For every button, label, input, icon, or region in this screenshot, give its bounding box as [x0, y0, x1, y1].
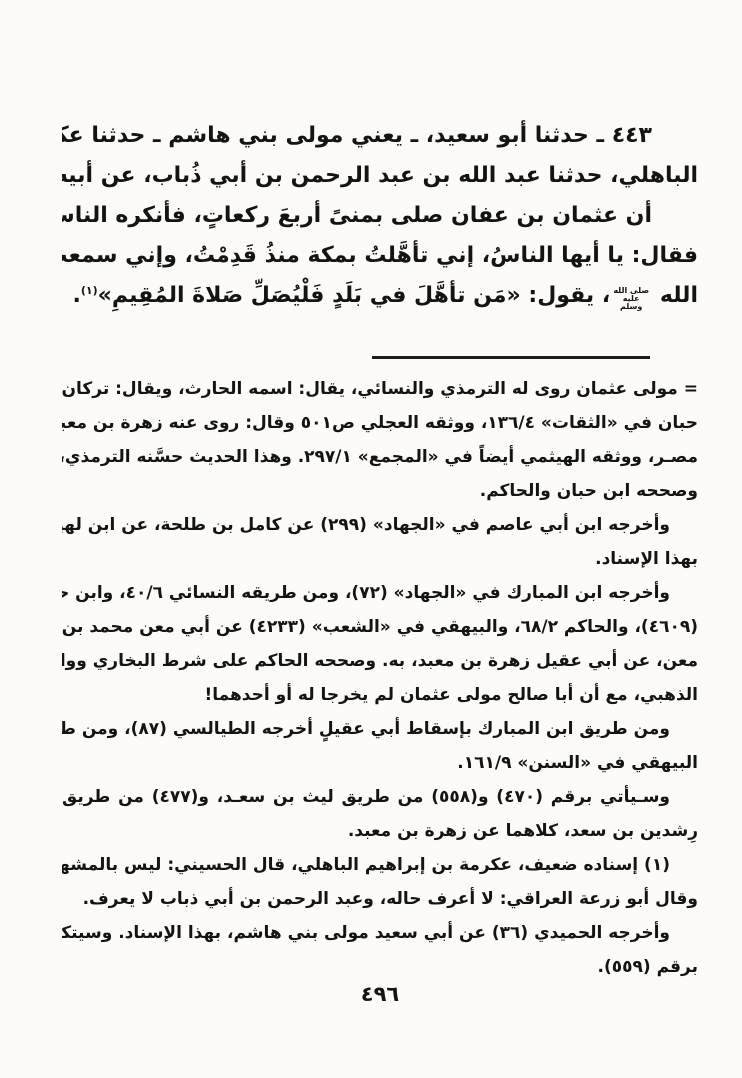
- footnote-line: = مولى عثمان روى له الترمذي والنسائي، يق…: [62, 372, 698, 406]
- footnotes-block: = مولى عثمان روى له الترمذي والنسائي، يق…: [62, 372, 698, 984]
- footnote-line: وقال أبو زرعة العراقي: لا أعرف حاله، وعب…: [62, 882, 698, 916]
- footnote-line: وسـيأتي برقم (٤٧٠) و(٥٥٨) من طريق ليث بن…: [62, 780, 698, 814]
- footnote-ref-marker: (١): [81, 284, 98, 297]
- footnote-line: وصححه ابن حبان والحاكم.: [62, 474, 698, 508]
- footnote-line: برقم (٥٥٩).: [62, 950, 698, 984]
- footnote-line: ومن طريق ابن المبارك بإسقاط أبي عقيلٍ أخ…: [62, 712, 698, 746]
- footnote-separator-rule: [372, 356, 650, 359]
- footnote-line: معن، عن أبي عقيل زهرة بن معبد، به. وصححه…: [62, 644, 698, 678]
- footnote-line: وأخرجه ابن أبي عاصم في «الجهاد» (٢٩٩) عن…: [62, 508, 698, 542]
- matn-text-after-honorific: ، يقول: «مَن تأهَّلَ في بَلَدٍ فَلْيُصَل…: [98, 283, 611, 308]
- footnote-line: مصـر، ووثقه الهيثمي أيضاً في «المجمع» ٢٩…: [62, 440, 698, 474]
- matn-line: فقال: يا أيها الناسُ، إني تأهَّلتُ بمكة …: [62, 236, 698, 276]
- matn-line-with-honorific: الله صلى الله عليه وسلم، يقول: «مَن تأهَ…: [62, 276, 698, 316]
- matn-line: الباهلي، حدثنا عبد الله بن عبد الرحمن بن…: [62, 156, 698, 196]
- honorific-salla-allahu-alayhi-wasallam: صلى الله عليه وسلم: [613, 287, 649, 311]
- footnote-line: حبان في «الثقات» ١٣٦/٤، ووثقه العجلي ص٥٠…: [62, 406, 698, 440]
- footnote-line: البيهقي في «السنن» ١٦١/٩.: [62, 746, 698, 780]
- matn-period: .: [73, 283, 81, 308]
- page-number: ٤٩٦: [62, 980, 698, 1008]
- footnote-line: بهذا الإسناد.: [62, 542, 698, 576]
- footnote-line: (٤٦٠٩)، والحاكم ٦٨/٢، والبيهقي في «الشعب…: [62, 610, 698, 644]
- footnote-line: وأخرجه الحميدي (٣٦) عن أبي سعيد مولى بني…: [62, 916, 698, 950]
- book-page: ٤٤٣ ـ حدثنا أبو سعيد، ـ يعني مولى بني ها…: [0, 0, 742, 1078]
- matn-line: أن عثمان بن عفان صلى بمنىً أربعَ ركعاتٍ،…: [62, 196, 698, 236]
- matn-line: ٤٤٣ ـ حدثنا أبو سعيد، ـ يعني مولى بني ها…: [62, 116, 698, 156]
- footnote-line: الذهبي، مع أن أبا صالح مولى عثمان لم يخر…: [62, 678, 698, 712]
- footnote-line: وأخرجه ابن المبارك في «الجهاد» (٧٢)، ومن…: [62, 576, 698, 610]
- footnote-line: (١) إسناده ضعيف، عكرمة بن إبراهيم الباهل…: [62, 848, 698, 882]
- matn-text-before-honorific: الله: [652, 283, 698, 308]
- hadith-text-block: ٤٤٣ ـ حدثنا أبو سعيد، ـ يعني مولى بني ها…: [62, 116, 698, 316]
- footnote-line: رِشدين بن سعد، كلاهما عن زهرة بن معبد.: [62, 814, 698, 848]
